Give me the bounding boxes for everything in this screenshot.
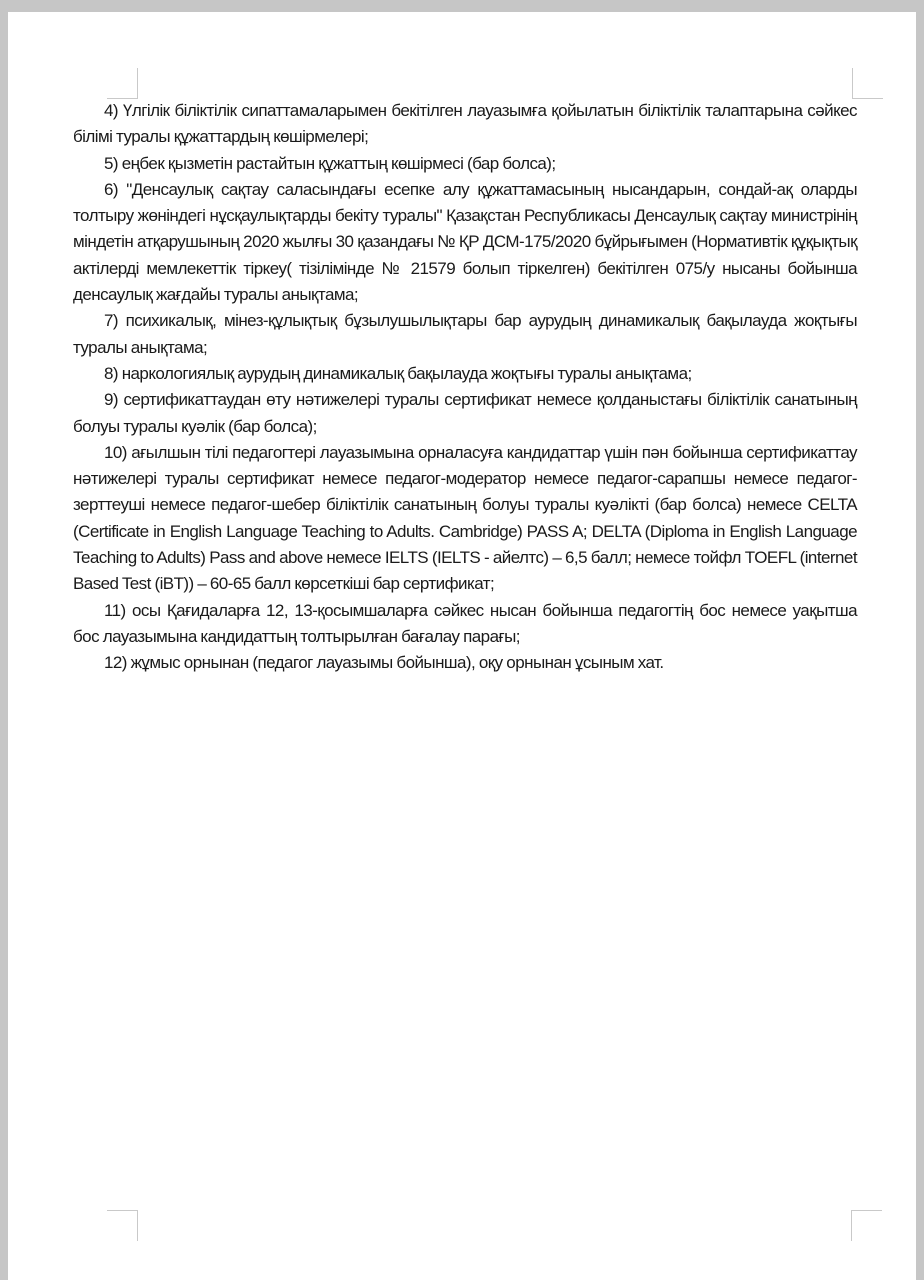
page-corner-mark-bottom-left	[107, 1210, 138, 1241]
list-item-12: 12) жұмыс орнынан (педагог лауазымы бойы…	[73, 650, 857, 676]
list-item-10: 10) ағылшын тілі педагогтері лауазымына …	[73, 440, 857, 598]
page-corner-mark-top-left	[107, 68, 138, 99]
list-item-6: 6) "Денсаулық сақтау саласындағы есепке …	[73, 177, 857, 308]
list-item-4: 4) Үлгілік біліктілік сипаттамаларымен б…	[73, 98, 857, 151]
list-item-5: 5) еңбек қызметін растайтын құжаттың көш…	[73, 151, 857, 177]
page-corner-mark-top-right	[852, 68, 883, 99]
list-item-7: 7) психикалық, мінез-құлықтық бұзылушылы…	[73, 308, 857, 361]
list-item-9: 9) сертификаттаудан өту нәтижелері турал…	[73, 387, 857, 440]
page-corner-mark-bottom-right	[851, 1210, 882, 1241]
list-item-11: 11) осы Қағидаларға 12, 13-қосымшаларға …	[73, 598, 857, 651]
list-item-8: 8) наркологиялық аурудың динамикалық бақ…	[73, 361, 857, 387]
document-page: 4) Үлгілік біліктілік сипаттамаларымен б…	[8, 12, 916, 1280]
document-body: 4) Үлгілік біліктілік сипаттамаларымен б…	[73, 98, 857, 677]
